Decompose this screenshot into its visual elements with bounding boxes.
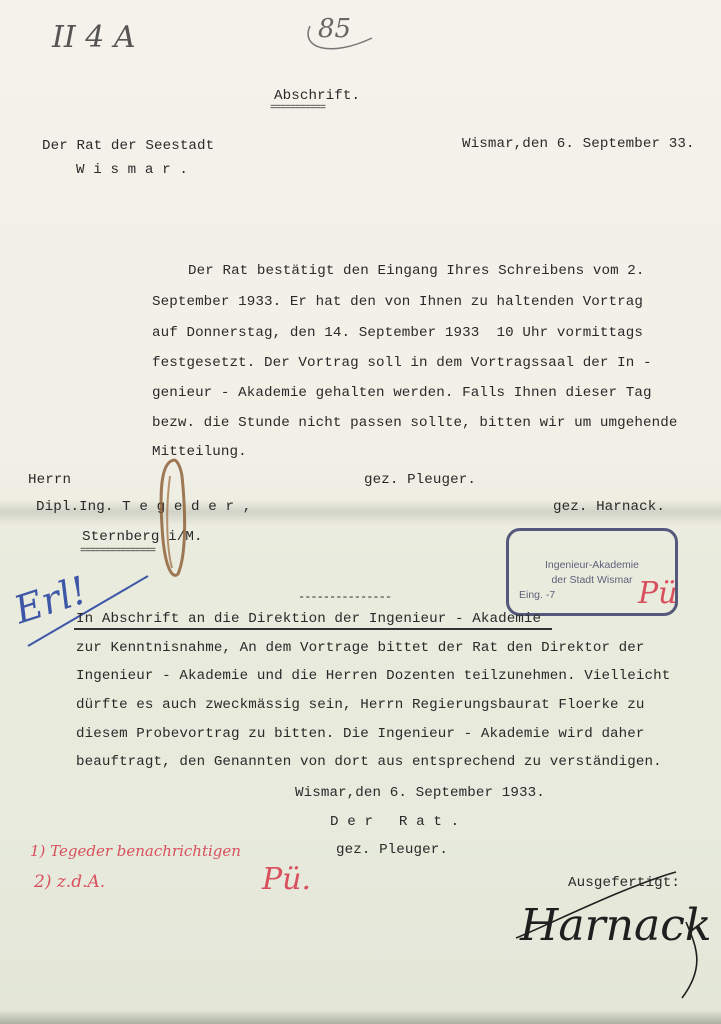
red-note-line1: 1) Tegeder benachrichtigen	[30, 842, 241, 860]
body-line: September 1933. Er hat den von Ihnen zu …	[152, 295, 643, 309]
paper-edge-shadow	[0, 1010, 721, 1024]
body-line: festgesetzt. Der Vortrag soll in dem Vor…	[152, 356, 652, 370]
body-line: Der Rat bestätigt den Eingang Ihres Schr…	[188, 264, 645, 278]
date-line: Wismar,den 6. September 33.	[462, 137, 695, 151]
copy-notice-line: Ingenieur - Akademie und die Herren Doze…	[76, 669, 670, 683]
closing-date-line: Wismar,den 6. September 1933.	[295, 786, 545, 800]
red-initials-stamp: Pü	[638, 576, 678, 611]
signature-harnack: gez. Harnack.	[553, 500, 665, 514]
signature-flourish-icon	[506, 866, 716, 1006]
copy-notice-line: dürfte es auch zweckmässig sein, Herrn R…	[76, 698, 645, 712]
recipient-salutation: Herrn	[28, 473, 71, 487]
stamp-line3: Eing. -7	[519, 589, 555, 601]
body-line: auf Donnerstag, den 14. September 1933 1…	[152, 326, 643, 340]
body-line: genieur - Akademie gehalten werden. Fall…	[152, 386, 652, 400]
signature-pleuger: gez. Pleuger.	[364, 473, 476, 487]
document-heading: Abschrift.	[274, 89, 360, 103]
section-separator: ---------------	[298, 590, 391, 604]
handwritten-file-ref: II 4 A	[52, 20, 136, 55]
paperclip-rust-icon	[152, 456, 196, 584]
recipient-name: Dipl.Ing. T e g e d e r ,	[36, 500, 251, 514]
copy-notice-first-line: In Abschrift an die Direktion der Ingeni…	[76, 612, 541, 626]
body-line: bezw. die Stunde nicht passen sollte, bi…	[152, 416, 677, 430]
closing-authority: D e r R a t .	[330, 815, 459, 829]
heading-underline: ===========	[270, 103, 325, 114]
copy-notice-line: zur Kenntnisnahme, An dem Vortrage bitte…	[76, 641, 645, 655]
blue-pencil-stroke-icon	[24, 570, 154, 650]
copy-notice-line: diesem Probevortrag zu bitten. Die Ingen…	[76, 727, 645, 741]
sender-line1: Der Rat der Seestadt	[42, 139, 214, 153]
page-number-circle-icon	[300, 18, 380, 60]
copy-notice-line: beauftragt, den Genannten von dort aus e…	[76, 755, 662, 769]
red-note-line2: 2) z.d.A.	[34, 872, 105, 892]
document-page: II 4 A 85 Abschrift. =========== Der Rat…	[0, 0, 721, 1024]
stamp-line1: Ingenieur-Akademie	[509, 559, 675, 571]
recipient-place-underline: ===============	[80, 546, 155, 557]
sender-line2: W i s m a r .	[76, 163, 188, 177]
closing-signature: gez. Pleuger.	[336, 843, 448, 857]
red-initials-bottom: Pü.	[262, 862, 311, 897]
copy-notice-underline	[74, 628, 552, 630]
